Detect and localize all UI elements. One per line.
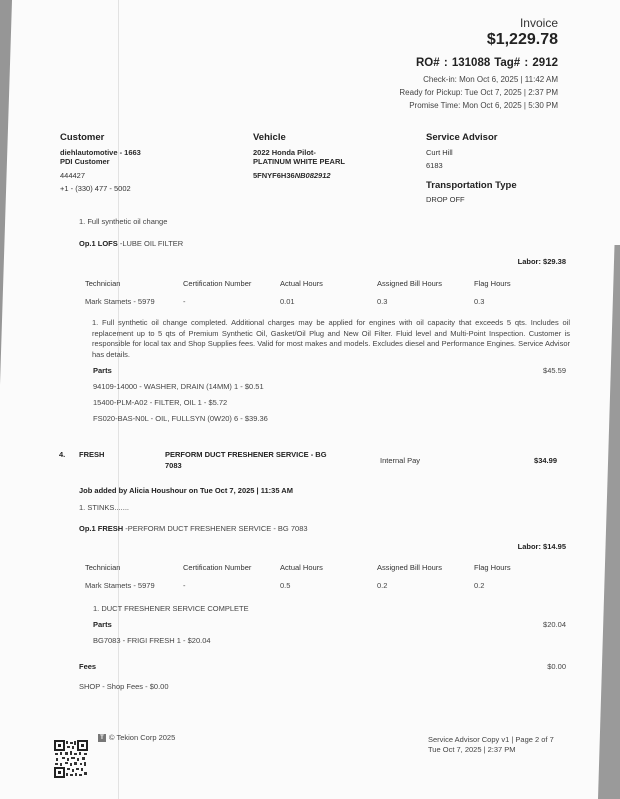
job1-op-desc: -LUBE OIL FILTER bbox=[118, 239, 183, 248]
service-advisor-name: Curt Hill bbox=[426, 148, 453, 157]
job4-op-desc: -PERFORM DUCT FRESHENER SERVICE - BG 708… bbox=[123, 524, 307, 533]
ready-for-pickup-time: Ready for Pickup: Tue Oct 7, 2025 | 2:37… bbox=[399, 88, 558, 97]
job4-amount: $34.99 bbox=[534, 456, 557, 465]
scan-shadow-right bbox=[598, 245, 620, 799]
customer-id: 444427 bbox=[60, 171, 85, 180]
job1-parts-label: Parts bbox=[93, 366, 112, 375]
invoice-title: Invoice bbox=[520, 16, 558, 30]
customer-type: PDI Customer bbox=[60, 157, 110, 166]
customer-label: Customer bbox=[60, 132, 104, 143]
job1-labor-text: Labor: $29.38 bbox=[518, 257, 566, 266]
check-in-time: Check-in: Mon Oct 6, 2025 | 11:42 AM bbox=[423, 75, 558, 84]
tekion-logo-icon: T bbox=[98, 734, 106, 742]
job4-description-line1: PERFORM DUCT FRESHENER SERVICE - BG bbox=[165, 450, 327, 459]
transportation-value: DROP OFF bbox=[426, 195, 465, 204]
job1-col-flag-hours: Flag Hours bbox=[474, 279, 511, 288]
job4-pay-type: Internal Pay bbox=[380, 456, 420, 465]
promise-time: Promise Time: Mon Oct 6, 2025 | 5:30 PM bbox=[409, 101, 558, 110]
job1-parts-total: $45.59 bbox=[543, 366, 566, 375]
transportation-label: Transportation Type bbox=[426, 180, 517, 191]
job1-concern: 1. Full synthetic oil change bbox=[79, 217, 167, 226]
vehicle-model: 2022 Honda Pilot- bbox=[253, 148, 316, 157]
tag-number: Tag# : 2912 bbox=[494, 57, 558, 69]
job1-part: 94109-14000 - WASHER, DRAIN (14MM) 1 - $… bbox=[93, 382, 264, 391]
job4-op-code: Op.1 FRESH bbox=[79, 524, 123, 533]
job1-labor: Labor: $29.38 bbox=[518, 257, 566, 266]
job1-technician: Mark Stamets - 5979 bbox=[85, 297, 155, 306]
job4-col-assigned-bill-hours: Assigned Bill Hours bbox=[377, 563, 442, 572]
job4-parts-label: Parts bbox=[93, 620, 112, 629]
job1-flag-hours: 0.3 bbox=[474, 297, 484, 306]
job4-actual-hours: 0.5 bbox=[280, 581, 290, 590]
job1-actual-hours: 0.01 bbox=[280, 297, 295, 306]
job1-assigned-bill-hours: 0.3 bbox=[377, 297, 387, 306]
invoice-total: $1,229.78 bbox=[487, 31, 558, 49]
vin-suffix: NB082912 bbox=[295, 171, 331, 180]
job4-certification: - bbox=[183, 581, 186, 590]
job1-certification: - bbox=[183, 297, 186, 306]
vin-prefix: 5FNYF6H36 bbox=[253, 171, 295, 180]
job4-assigned-bill-hours: 0.2 bbox=[377, 581, 387, 590]
job4-col-certification: Certification Number bbox=[183, 563, 251, 572]
job4-description-line2: 7083 bbox=[165, 461, 182, 470]
vehicle-color: PLATINUM WHITE PEARL bbox=[253, 157, 345, 166]
job1-operation: Op.1 LOFS -LUBE OIL FILTER bbox=[79, 239, 183, 248]
ro-number: RO# : 131088 bbox=[416, 57, 490, 69]
job4-added-by: Job added by Alicia Houshour on Tue Oct … bbox=[79, 486, 293, 495]
job4-col-technician: Technician bbox=[85, 563, 120, 572]
job1-col-certification: Certification Number bbox=[183, 279, 251, 288]
fee-item: SHOP - Shop Fees - $0.00 bbox=[79, 682, 169, 691]
job1-story: 1. Full synthetic oil change completed. … bbox=[92, 318, 570, 360]
job4-part: BG7083 - FRIGI FRESH 1 - $20.04 bbox=[93, 636, 211, 645]
footer-copyright-row: T© Tekion Corp 2025 bbox=[98, 733, 175, 742]
job4-col-actual-hours: Actual Hours bbox=[280, 563, 323, 572]
job4-flag-hours: 0.2 bbox=[474, 581, 484, 590]
customer-name: diehlautomotive - 1663 bbox=[60, 148, 141, 157]
fees-label: Fees bbox=[79, 662, 96, 671]
job4-labor: Labor: $14.95 bbox=[518, 542, 566, 551]
fees-total: $0.00 bbox=[547, 662, 566, 671]
job4-operation: Op.1 FRESH -PERFORM DUCT FRESHENER SERVI… bbox=[79, 524, 308, 533]
job1-part: 15400-PLM-A02 - FILTER, OIL 1 - $5.72 bbox=[93, 398, 227, 407]
footer-printed-time: Tue Oct 7, 2025 | 2:37 PM bbox=[428, 745, 516, 754]
job4-number: 4. bbox=[59, 450, 65, 459]
service-advisor-id: 6183 bbox=[426, 161, 443, 170]
job4-story: 1. DUCT FRESHENER SERVICE COMPLETE bbox=[93, 604, 249, 613]
qr-code-icon bbox=[54, 740, 88, 778]
job1-part: FS020-BAS-N0L - OIL, FULLSYN (0W20) 6 - … bbox=[93, 414, 268, 423]
footer-copyright: © Tekion Corp 2025 bbox=[109, 733, 175, 742]
footer-copy-info: Service Advisor Copy v1 | Page 2 of 7 bbox=[428, 735, 554, 744]
job1-col-actual-hours: Actual Hours bbox=[280, 279, 323, 288]
job1-col-assigned-bill-hours: Assigned Bill Hours bbox=[377, 279, 442, 288]
vehicle-label: Vehicle bbox=[253, 132, 286, 143]
vehicle-vin: 5FNYF6H36NB082912 bbox=[253, 171, 331, 180]
job1-op-code: Op.1 LOFS bbox=[79, 239, 118, 248]
job4-concern: 1. STINKS....... bbox=[79, 503, 129, 512]
job4-parts-total: $20.04 bbox=[543, 620, 566, 629]
job4-code: FRESH bbox=[79, 450, 104, 459]
job1-col-technician: Technician bbox=[85, 279, 120, 288]
scan-shadow-left bbox=[0, 0, 12, 385]
job4-col-flag-hours: Flag Hours bbox=[474, 563, 511, 572]
service-advisor-label: Service Advisor bbox=[426, 132, 497, 143]
customer-phone: +1 - (330) 477 - 5002 bbox=[60, 184, 131, 193]
job4-technician: Mark Stamets - 5979 bbox=[85, 581, 155, 590]
